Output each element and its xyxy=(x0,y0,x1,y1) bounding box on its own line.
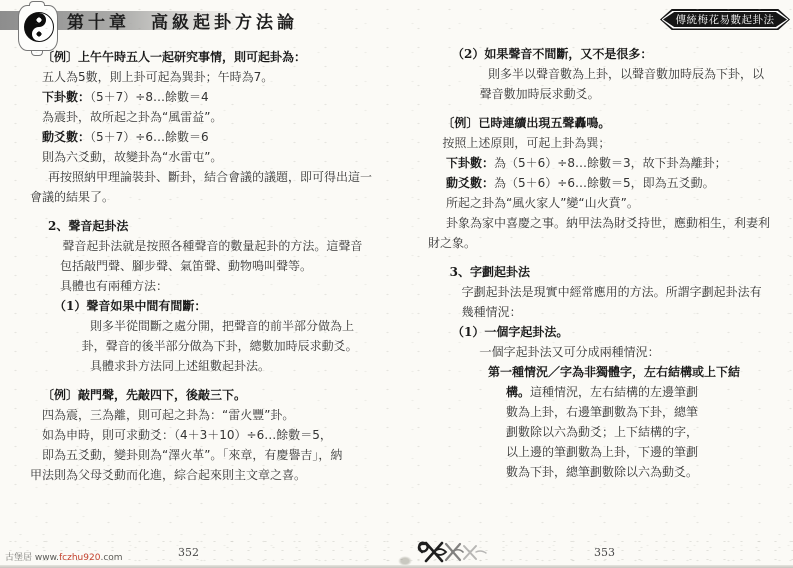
watermark-url-prefix: www. xyxy=(35,553,59,563)
text-line: 卦象為家中喜慶之事。納甲法為財爻持世，應動相生，利妻利 xyxy=(428,213,782,233)
text-line: 為震卦，故所起之卦為“風雷益”。 xyxy=(30,107,390,127)
text-line: 則為六爻動，故變卦為“水雷屯”。 xyxy=(30,147,390,167)
text-line: 下卦數：為（5＋6）÷8…餘數＝3，故下卦為離卦； xyxy=(428,153,782,173)
text-line: 2、聲音起卦法 xyxy=(30,216,390,236)
text-line: 四為震，三為離，則可起之卦為：“雷火豐”卦。 xyxy=(30,405,390,425)
floral-flourish-icon xyxy=(412,538,488,566)
watermark-publisher: 古堡居 xyxy=(5,553,32,563)
text-line: 按照上述原則，可起上卦為巽； xyxy=(428,133,782,153)
text-line: 卦，聲音的後半部分做為下卦，總數加時辰求動爻。 xyxy=(30,336,390,356)
text-line: 構。這種情況，左右結構的左邊筆劃 xyxy=(428,382,782,402)
text-line: 即為五爻動，變卦則為“澤火革”。「來章，有慶譽吉」，納 xyxy=(30,445,390,465)
text-line: 幾種情況： xyxy=(428,302,782,322)
section-banner: 傳統梅花易數起卦法 xyxy=(660,9,790,30)
taiji-symbol-icon xyxy=(24,12,54,42)
text-line: 則多半從間斷之處分開，把聲音的前半部分做為上 xyxy=(30,316,390,336)
yin-yang-icon xyxy=(16,2,60,52)
text-line: 動爻數：為（5＋6）÷6…餘數＝5，即為五爻動。 xyxy=(428,173,782,193)
text-line: 包括敲門聲、腳步聲、氣笛聲、動物鳴叫聲等。 xyxy=(30,256,390,276)
text-line: （2）如果聲音不間斷，又不是很多： xyxy=(428,44,782,64)
text-line: 甲法則為父母爻動而化進，綜合起來則主文章之喜。 xyxy=(30,465,390,485)
left-page-text-column: 〔例〕上午午時五人一起研究事情，則可起卦為：五人為5數，則上卦可起為巽卦；午時為… xyxy=(30,47,390,485)
text-line: 所起之卦為“風火家人”變“山火賁”。 xyxy=(428,193,782,213)
text-line: 會議的結果了。 xyxy=(30,187,390,207)
banner-inner: 傳統梅花易數起卦法 xyxy=(663,12,787,27)
text-line: 具體也有兩種方法： xyxy=(30,276,390,296)
text-line: 3、字劃起卦法 xyxy=(428,262,782,282)
text-line: 聲音起卦法就是按照各種聲音的數量起卦的方法。這聲音 xyxy=(30,236,390,256)
text-line: 字劃起卦法是現實中經常應用的方法。所謂字劃起卦法有 xyxy=(428,282,782,302)
watermark: 古堡居 www.fczhu920.com xyxy=(5,550,123,563)
watermark-url: fczhu920 xyxy=(59,553,100,563)
text-line: 第一種情況／字為非獨體字，左右結構或上下結 xyxy=(428,362,782,382)
text-line: 〔例〕已時連續出現五聲轟鳴。 xyxy=(428,113,782,133)
text-line: （1）一個字起卦法。 xyxy=(428,322,782,342)
text-line: 〔例〕上午午時五人一起研究事情，則可起卦為： xyxy=(30,47,390,67)
text-line: 動爻數：（5＋7）÷6…餘數＝6 xyxy=(30,127,390,147)
text-line: 如為申時，則可求動爻：（4＋3＋10）÷6…餘數＝5， xyxy=(30,425,390,445)
text-line: 以上邊的筆劃數為上卦，下邊的筆劃 xyxy=(428,442,782,462)
text-line: 數為下卦，總筆劃數除以六為動爻。 xyxy=(428,462,782,482)
text-line: 〔例〕敲門聲，先敲四下，後敲三下。 xyxy=(30,385,390,405)
text-line: 聲音數加時辰求動爻。 xyxy=(428,84,782,104)
text-line: 下卦數：（5＋7）÷8…餘數＝4 xyxy=(30,87,390,107)
text-line: 具體求卦方法同上述組數起卦法。 xyxy=(30,356,390,376)
chapter-title: 第十章 高級起卦方法論 xyxy=(67,8,298,33)
banner-title: 傳統梅花易數起卦法 xyxy=(676,12,775,27)
text-line: 再按照納甲理論裝卦、斷卦，結合會議的議題，即可得出這一 xyxy=(30,167,390,187)
text-line: 數為上卦，右邊筆劃數為下卦，總筆 xyxy=(428,402,782,422)
text-line: 則多半以聲音數為上卦，以聲音數加時辰為下卦，以 xyxy=(428,64,782,84)
watermark-url-suffix: .com xyxy=(100,553,122,563)
text-line: 五人為5數，則上卦可起為巽卦；午時為7。 xyxy=(30,67,390,87)
text-line: 劃數除以六為動爻；上下結構的字， xyxy=(428,422,782,442)
book-scan-page: 第十章 高級起卦方法論 傳統梅花易數起卦法 〔例〕上午午時五人一起研究事情，則可… xyxy=(0,0,793,568)
text-line: 一個字起卦法又可分成兩種情況： xyxy=(428,342,782,362)
page-number-left: 352 xyxy=(178,546,199,559)
text-line: （1）聲音如果中間有間斷： xyxy=(30,296,390,316)
page-number-right: 353 xyxy=(594,546,615,559)
right-page-text-column: （2）如果聲音不間斷，又不是很多：則多半以聲音數為上卦，以聲音數加時辰為下卦，以… xyxy=(428,44,782,482)
text-line: 財之象。 xyxy=(428,233,782,253)
